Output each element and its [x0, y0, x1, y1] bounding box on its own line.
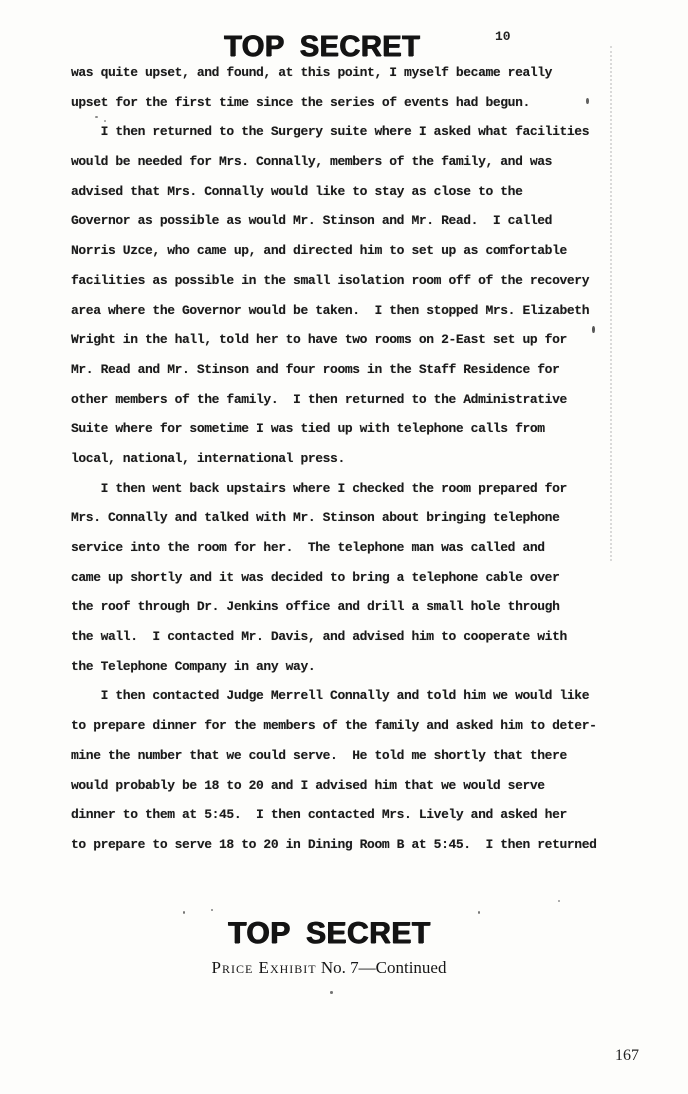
body-line: upset for the first time since the serie…: [71, 88, 631, 118]
body-line: Suite where for sometime I was tied up w…: [71, 414, 631, 444]
body-line: Norris Uzce, who came up, and directed h…: [71, 236, 631, 266]
exhibit-caption: Price Exhibit No. 7—Continued: [134, 958, 524, 978]
body-line: came up shortly and it was decided to br…: [71, 563, 631, 593]
body-line: mine the number that we could serve. He …: [71, 741, 631, 771]
body-line: facilities as possible in the small isol…: [71, 266, 631, 296]
scan-artifact-line: [610, 46, 612, 561]
scan-speck: [211, 909, 213, 911]
body-line: dinner to them at 5:45. I then contacted…: [71, 800, 631, 830]
scan-speck: [183, 911, 185, 914]
body-line: to prepare dinner for the members of the…: [71, 711, 631, 741]
body-line: would be needed for Mrs. Connally, membe…: [71, 147, 631, 177]
body-line: the wall. I contacted Mr. Davis, and adv…: [71, 622, 631, 652]
scan-speck: [95, 116, 98, 118]
document-page: TOP SECRET 10 was quite upset, and found…: [0, 0, 688, 1094]
body-line: Wright in the hall, told her to have two…: [71, 325, 631, 355]
body-line: Governor as possible as would Mr. Stinso…: [71, 206, 631, 236]
body-line: the roof through Dr. Jenkins office and …: [71, 592, 631, 622]
scan-speck: [558, 900, 560, 902]
body-line: local, national, international press.: [71, 444, 631, 474]
exhibit-caption-label: Price Exhibit: [212, 958, 317, 977]
body-line: was quite upset, and found, at this poin…: [71, 58, 631, 88]
body-line: to prepare to serve 18 to 20 in Dining R…: [71, 830, 631, 860]
body-line: would probably be 18 to 20 and I advised…: [71, 771, 631, 801]
body-line: area where the Governor would be taken. …: [71, 296, 631, 326]
document-body-text: was quite upset, and found, at this poin…: [71, 58, 631, 860]
body-line: service into the room for her. The telep…: [71, 533, 631, 563]
scan-speck: [592, 326, 595, 333]
body-line: other members of the family. I then retu…: [71, 385, 631, 415]
scan-speck: [330, 991, 333, 994]
body-line: advised that Mrs. Connally would like to…: [71, 177, 631, 207]
body-line: I then went back upstairs where I checke…: [71, 474, 631, 504]
scan-speck: [104, 120, 106, 122]
scan-speck: [478, 911, 480, 914]
body-line: Mr. Read and Mr. Stinson and four rooms …: [71, 355, 631, 385]
scan-speck: [586, 98, 589, 104]
body-line: the Telephone Company in any way.: [71, 652, 631, 682]
body-line: I then returned to the Surgery suite whe…: [71, 117, 631, 147]
body-line: Mrs. Connally and talked with Mr. Stinso…: [71, 503, 631, 533]
page-number-bottom: 167: [615, 1047, 639, 1065]
body-line: I then contacted Judge Merrell Connally …: [71, 681, 631, 711]
exhibit-caption-number: No. 7—Continued: [321, 958, 447, 977]
page-number-top: 10: [495, 29, 511, 44]
top-secret-stamp-bottom: TOP SECRET: [228, 917, 420, 952]
